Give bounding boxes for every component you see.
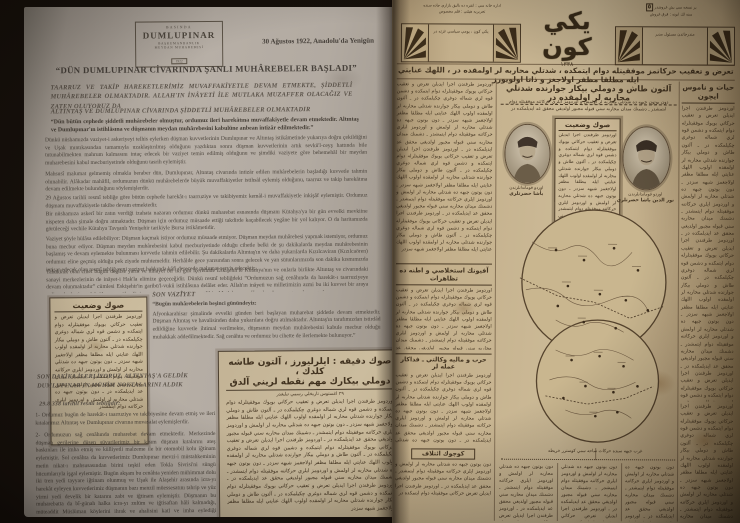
column-rule bbox=[557, 463, 558, 521]
masthead-ornament-right: مندرجاتدن مسئول مدير bbox=[615, 26, 735, 66]
dotted-rule bbox=[501, 459, 675, 461]
masthead-top-left-2: تحريريه هيئتي : قلم مخصوص bbox=[403, 8, 521, 15]
portrait-photo-1 bbox=[504, 124, 550, 184]
sunburst-icon bbox=[494, 25, 520, 62]
officer-portrait-icon bbox=[623, 127, 669, 189]
masthead-top-left-lines: اداره خانه سي : انقره ده باليق بازاري جا… bbox=[403, 2, 521, 15]
left-page: BASINDA DUMLUPINAR BAŞKUMANDANLIK MEYDAN… bbox=[24, 7, 392, 517]
masthead-left-box-text: يكي كون ، يومي سياسي غزته در bbox=[428, 24, 494, 61]
logo-title: DUMLUPINAR bbox=[136, 30, 222, 41]
newspaper-title: يكي كون bbox=[521, 8, 613, 61]
page-title: “DÜN DUMLUPINAR CİVARINDA ŞANLI MUHÂREBE… bbox=[32, 62, 380, 75]
column-rule bbox=[494, 81, 497, 521]
logo-top-label: BASINDA bbox=[136, 25, 222, 30]
left-column-body-2: اوردومز طرفندن اجرا ايديلن تعرض و تعقيب … bbox=[396, 287, 492, 349]
map-caption: غرب جبهه سنده حركات ساحه سني كوسترر خريط… bbox=[509, 449, 681, 455]
bottom-column-2: دون بوتون جبهه ده شدتلي محاربه لر اولمش … bbox=[561, 464, 617, 521]
masthead-top-right-lines: بر نسخه سي بش غروشدر ٥ سنه لك ابونه : قر… bbox=[611, 3, 731, 18]
sunburst-icon bbox=[708, 28, 734, 65]
masthead-right-box-text: مندرجاتدن مسئول مدير bbox=[642, 27, 708, 64]
sunburst-icon bbox=[402, 24, 428, 61]
dumlupinar-logo-box: BASINDA DUMLUPINAR BAŞKUMANDANLIK MEYDAN… bbox=[135, 21, 223, 68]
son-vaziyet-heading: SON VAZİYET bbox=[152, 289, 380, 298]
price-badge: ٥ bbox=[646, 3, 654, 11]
officer-portrait-icon bbox=[505, 125, 549, 183]
bottom-column-3: دون بوتون جبهه ده شدتلي محاربه لر اولمش … bbox=[625, 464, 674, 521]
bottom-column-1: دون بوتون جبهه ده شدتلي محاربه لر اولمش … bbox=[499, 464, 553, 521]
masthead-subscription-line: سنه لك ابونه : قرق غروش bbox=[611, 11, 731, 18]
ottoman-clipping-large: صوك دقيقه : ايلرليورز ، آلتون طاشه كلدك … bbox=[218, 349, 392, 517]
body-paragraph-2: Mahsusî malumat gelmemiş olmakla beraber… bbox=[45, 169, 367, 195]
kucuk-itilaf-headline: كوچوك ائتلاف bbox=[411, 448, 475, 459]
right-page-newspaper: اداره خانه سي : انقره ده باليق بازاري جا… bbox=[392, 0, 740, 523]
column-rule bbox=[621, 463, 622, 521]
ottoman-clipping-small-header: صوك وضعيت bbox=[54, 301, 142, 313]
subhead: ALTINTAŞ VE DUMLUPINAR CİVARINDA ŞİDDETL… bbox=[51, 106, 371, 116]
newspaper-content: اداره خانه سي : انقره ده باليق بازاري جا… bbox=[392, 0, 740, 523]
teblig-item-2: 2- Ordumuzun sağ cenâhında muharebat dev… bbox=[35, 431, 216, 515]
hayat-namus-headline: حيات و ناموس ايچون bbox=[682, 83, 735, 104]
quote-paragraph: “Dün bütün cephede şiddetli muhârebeler … bbox=[51, 116, 359, 135]
left-page-content: BASINDA DUMLUPINAR BAŞKUMANDANLIK MEYDAN… bbox=[24, 7, 392, 517]
left-column-body-1: اوردومز طرفندن اجرا ايديلن تعرض و تعقيب … bbox=[396, 81, 493, 259]
son-vaziyet-section: SON VAZİYET “Bugün muhârebelerin beşinci… bbox=[152, 289, 381, 359]
ottoman-clipping-large-headline-1: صوك دقيقه : ايلرليورز ، آلتون طاشه كلدك … bbox=[226, 356, 392, 377]
son-vaziyet-box-header: صوك وضعيت bbox=[559, 121, 617, 131]
dateline: 30 Ağustos 1922, Anadolu'da Yenigün bbox=[262, 37, 374, 46]
body-paragraph-1: Dünkü nüshamızda vaziyet-i askeriyeyi te… bbox=[45, 135, 367, 169]
portrait-2-caption: اوردو قوماندانلرندن نور الدين باشا حضرتل… bbox=[608, 191, 682, 205]
battle-map bbox=[497, 208, 696, 449]
ottoman-clipping-large-dateline: ٢٩ اغستوس تاريخلي رسمي تبليغدر bbox=[226, 391, 392, 397]
logo-sub2: MEYDAN MUHAREBESİ bbox=[136, 45, 222, 50]
left-column-body-3: اوردومز طرفندن اجرا ايديلن تعرض و تعقيب … bbox=[395, 372, 491, 444]
masthead-ornament-left: يكي كون ، يومي سياسي غزته در bbox=[401, 23, 521, 63]
ottoman-clipping-large-body: اوردومز طرفندن اجرا ايديلن تعرض و تعقيب … bbox=[226, 398, 392, 517]
book-photo: BASINDA DUMLUPINAR BAŞKUMANDANLIK MEYDAN… bbox=[0, 0, 740, 523]
masthead-title-block: يكي كون ١٣٣٨ bbox=[521, 8, 613, 68]
newspaper-left-column: اوردومز طرفندن اجرا ايديلن تعرض و تعقيب … bbox=[395, 81, 493, 501]
teblig-line: 29.8.338 tarihli resmî tebliğdir: bbox=[39, 401, 120, 408]
harbiye-maliye-headline: حرب و ماليه وكالتي ـ فداكار عمله لر bbox=[396, 353, 492, 370]
afyon-headline: آفيونك استخلاصي و اطنه ده تظاهرات bbox=[396, 263, 492, 285]
son-dakika-heading: SON DAKİKA İLERLİYORUZ, ALTINTAŞ'A GELDİ… bbox=[37, 371, 215, 391]
teblig-item-1: 1- Ordumuz bugün de harekât-ı taarruziye… bbox=[35, 411, 215, 428]
portrait-photo-2 bbox=[622, 126, 670, 190]
body-paragraph-4: Bir nüshamıza askerî bir zatın verdiği i… bbox=[46, 209, 368, 235]
left-column-body-4: دون بوتون جبهه ده شدتلي محاربه لر اولمش … bbox=[395, 461, 491, 501]
ottoman-clipping-large-headline-2: دوملي بيكارك مهم نقطه لريني آلدق bbox=[226, 376, 392, 390]
sunburst-icon bbox=[616, 27, 642, 64]
portrait-1-caption: اوردو قوماندانلرندن بأشا حضرتلري bbox=[490, 185, 562, 199]
son-vaziyet-p1: “Bugün muhârebelerin beşinci günündeyiz: bbox=[152, 299, 380, 309]
